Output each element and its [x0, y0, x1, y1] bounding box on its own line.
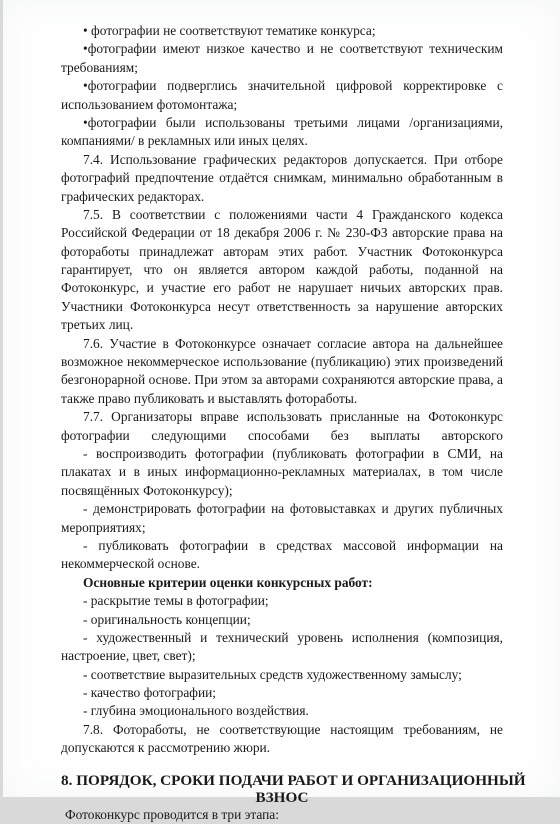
text-line: использованием фотомонтажа; — [61, 96, 503, 114]
criteria-heading: Основные критерии оценки конкурсных рабо… — [61, 574, 503, 592]
criteria-item: - качество фотографии; — [61, 684, 503, 702]
text-line: третьих лиц. — [61, 316, 503, 334]
document-page: • фотографии не соответствуют тематике к… — [3, 0, 560, 797]
paragraph-7-8: 7.8. Фотоработы, не соответствующие наст… — [61, 721, 503, 739]
section-heading-line-2: ВЗНОС — [61, 789, 503, 800]
text-line: графических редакторах. — [61, 188, 503, 206]
section-heading: 8. ПОРЯДОК, СРОКИ ПОДАЧИ РАБОТ И ОРГАНИЗ… — [61, 772, 503, 800]
bullet-item: •фотографии были использованы третьими л… — [61, 114, 503, 132]
text-line: мероприятиях; — [61, 519, 503, 537]
paragraph-7-6: 7.6. Участие в Фотоконкурсе означает сог… — [61, 335, 503, 353]
document-body: • фотографии не соответствуют тематике к… — [61, 22, 503, 800]
text-line: возможное некоммерческое использование (… — [61, 353, 503, 371]
paragraph-7-5: 7.5. В соответствии с положениями части … — [61, 206, 503, 224]
criteria-item: - соответствие выразительных средств худ… — [61, 666, 503, 684]
text-line: допускаются к рассмотрению жюри. — [61, 739, 503, 757]
text-line: настроение, цвет, свет); — [61, 647, 503, 665]
list-item: - воспроизводить фотографии (публиковать… — [61, 445, 503, 463]
text-line: фотографий предпочтение отдаётся снимкам… — [61, 169, 503, 187]
text-line: гарантирует, что он является автором каж… — [61, 261, 503, 279]
text-line: безгонорарной основе. При этом за автора… — [61, 371, 503, 389]
text-line: Фотоконкурс, и участие его работ не нару… — [61, 279, 503, 297]
text-line: фотоработы принадлежат авторам этих рабо… — [61, 243, 503, 261]
criteria-item: - глубина эмоционального воздействия. — [61, 702, 503, 720]
text-line: компаниями/ в рекламных или иных целях. — [61, 132, 503, 150]
text-line: Участники Фотоконкурса несут ответственн… — [61, 298, 503, 316]
paragraph-7-4: 7.4. Использование графических редакторо… — [61, 151, 503, 169]
text-line: посвящённых Фотоконкурсу); — [61, 482, 503, 500]
criteria-item: - оригинальность концепции; — [61, 611, 503, 629]
text-line: фотографии следующими способами без выпл… — [61, 427, 503, 445]
section-heading-line-1: 8. ПОРЯДОК, СРОКИ ПОДАЧИ РАБОТ И ОРГАНИЗ… — [61, 772, 503, 789]
text-line: также право публиковать и выставлять фот… — [61, 390, 503, 408]
list-item: - демонстрировать фотографии на фотовыст… — [61, 500, 503, 518]
text-line: некоммерческой основе. — [61, 555, 503, 573]
criteria-item: - художественный и технический уровень и… — [61, 629, 503, 647]
bullet-item: •фотографии имеют низкое качество и не с… — [61, 40, 503, 58]
list-item: - публиковать фотографии в средствах мас… — [61, 537, 503, 555]
paragraph-7-7: 7.7. Организаторы вправе использовать пр… — [61, 408, 503, 426]
bullet-item: •фотографии подверглись значительной циф… — [61, 77, 503, 95]
text-line: Российской Федерации от 18 декабря 2006 … — [61, 224, 503, 242]
text-line: плакатах и в иных информационно-рекламны… — [61, 463, 503, 481]
text-line: требованиям; — [61, 59, 503, 77]
criteria-item: - раскрытие темы в фотографии; — [61, 592, 503, 610]
bullet-item: • фотографии не соответствуют тематике к… — [61, 22, 503, 40]
